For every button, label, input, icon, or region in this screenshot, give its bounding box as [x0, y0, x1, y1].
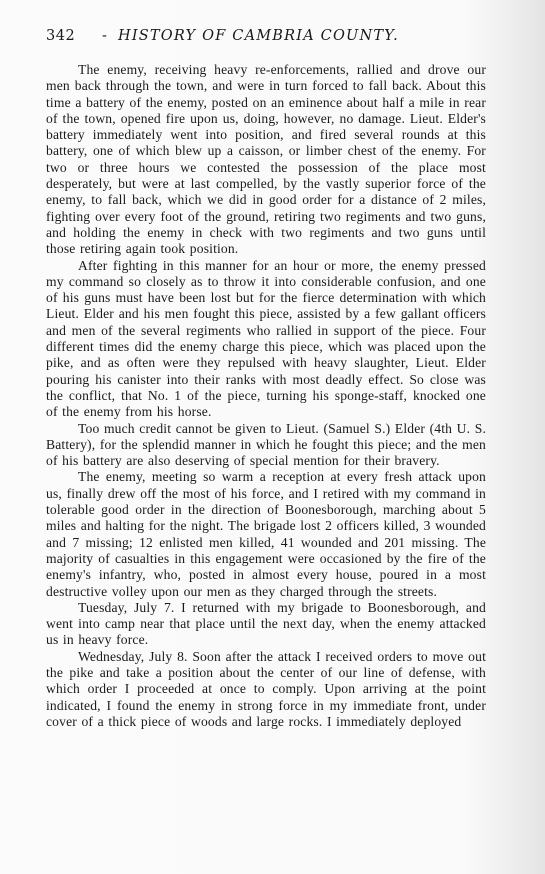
paragraph: The enemy, meeting so warm a reception a… — [46, 469, 486, 599]
running-title: HISTORY OF CAMBRIA COUNTY. — [118, 28, 399, 44]
body-text: The enemy, receiving heavy re-enforcemen… — [46, 62, 486, 730]
page-number: 342 — [46, 27, 102, 45]
book-page: 342-HISTORY OF CAMBRIA COUNTY. The enemy… — [0, 0, 545, 874]
paragraph: After fighting in this manner for an hou… — [46, 258, 486, 421]
header-dash: - — [102, 27, 118, 45]
paragraph: Wednesday, July 8. Soon after the attack… — [46, 649, 486, 730]
paragraph: Too much credit cannot be given to Lieut… — [46, 421, 486, 470]
paragraph: The enemy, receiving heavy re-enforcemen… — [46, 62, 486, 258]
page-header: 342-HISTORY OF CAMBRIA COUNTY. — [46, 27, 466, 45]
paragraph: Tuesday, July 7. I returned with my brig… — [46, 600, 486, 649]
